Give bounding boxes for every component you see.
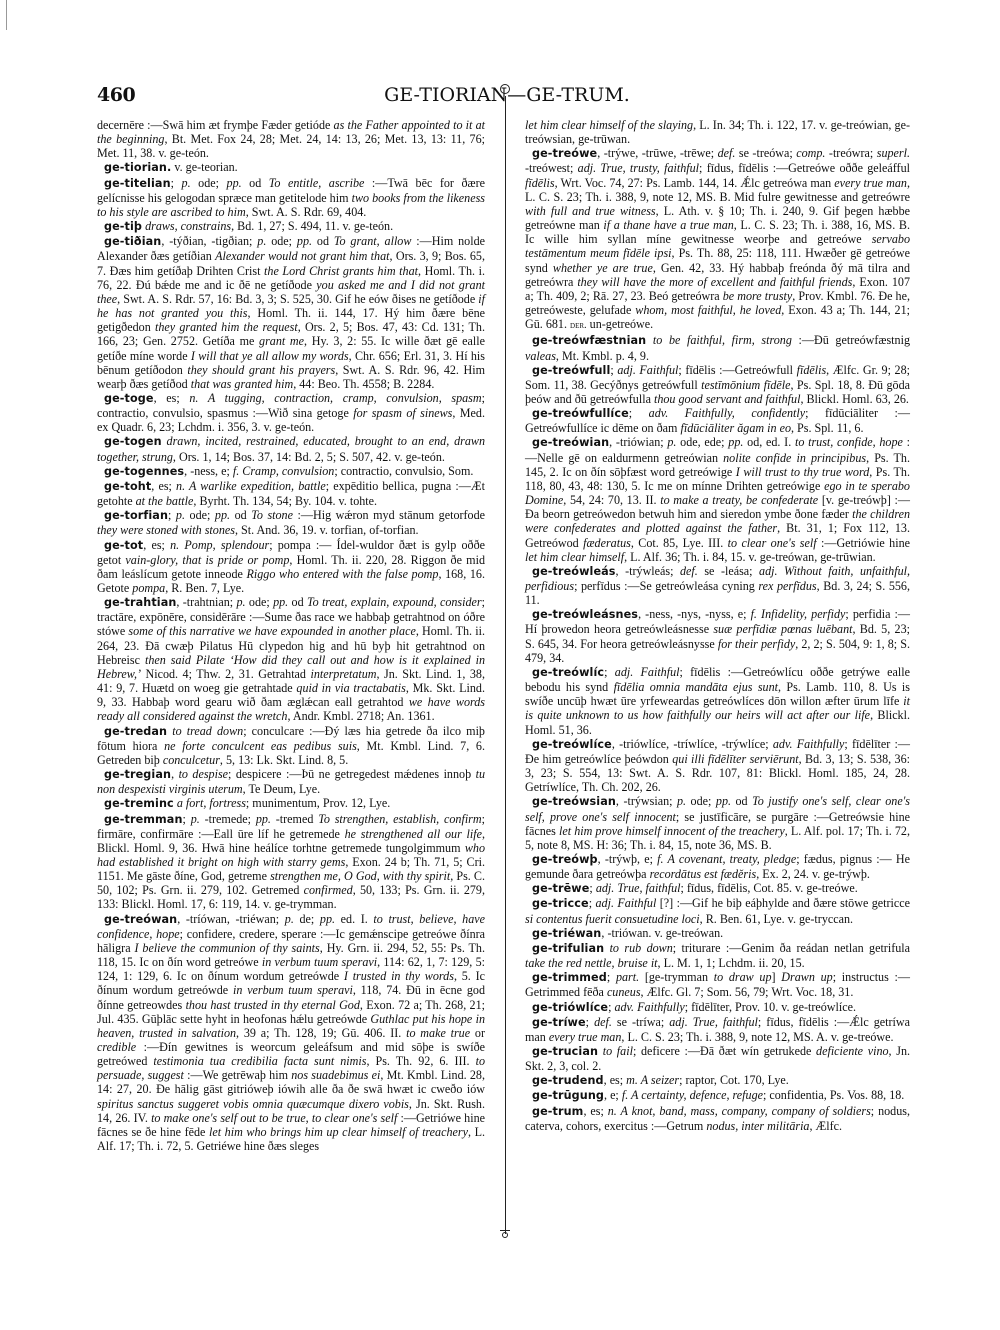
gloss-italic: to make one's self out to be true, to cl… [151,1111,397,1125]
gloss-italic: let him who brings him up clear himself … [209,1125,468,1139]
gloss-italic: p. [182,176,191,190]
entry-text: , R. Ben. 61, Lye. v. ge-tryccan. [700,912,853,926]
entry-continuation: decernēre :—Swā him æt frymþe Fæder geti… [97,118,485,160]
dictionary-entry: ge-treówleás, -trýwleás; def. se -leása;… [525,564,910,607]
gloss-italic: every true man [834,176,907,190]
gloss-italic: that was granted him [191,377,293,391]
entry-text: ] [772,970,782,984]
gloss-italic: pp. [716,794,731,808]
gloss-italic: To strengthen, establish, confirm [318,812,481,826]
gloss-italic: vain-glory, that is pride or pomp [125,553,289,567]
dictionary-entry: ge-treówlíc; adj. Faithful; fīdēlis :—Ge… [525,665,910,737]
gloss-italic: adj. True, faithful [596,881,681,895]
dictionary-entry: ge-tiorian. v. ge-teorian. [97,160,485,175]
entry-text: , L. C. S. 23; Th. i. 388, 9, note 12, M… [621,1030,893,1044]
dictionary-entry: ge-togen drawn, incited, restrained, edu… [97,434,485,463]
gloss-italic: valeas [525,349,556,363]
gloss-italic: pp. [297,234,312,248]
entry-text: -tremed [271,812,318,826]
gloss-italic: I trusted in thy words [344,969,454,983]
headword: ge-tremman [104,813,183,826]
headword: ge-tregian [104,768,171,781]
entry-text: , -triówian; [609,435,667,449]
gloss-italic: f. A certainty, defence, refuge [622,1088,763,1102]
entry-text: , es; [154,391,190,405]
gloss-italic: deficiente vino [816,1044,889,1058]
entry-text: , 39 a; Th. 128, 19; Gū. 406. II. [236,1026,406,1040]
entry-text: , Bd. 1, 27; S. 494, 11. v. ge-teón. [231,219,393,233]
entry-text: , Andr. Kmbl. 2718; An. 1361. [287,709,434,723]
gloss-italic: fæderatus [583,536,631,550]
gloss-italic: nos suadebimus ei [291,1068,380,1082]
gloss-italic: def. [718,146,736,160]
entry-text: , -trýwe, -trūwe, -trēwe; [597,146,717,160]
entry-text: od [312,234,334,248]
dictionary-entry: ge-torfian; p. ode; pp. od To stone :—Hi… [97,508,485,537]
gloss-italic: they should grant his prayers [187,363,335,377]
gloss-italic: fīdēlis [797,363,827,377]
headword: ge-treówian [532,436,609,449]
entry-text: ode; [185,508,215,522]
dictionary-entry: ge-tricce; adj. Faithful [?] :—Gif he bi… [525,896,910,925]
entry-text: ; fīdus, fīdēlis :—Getreówe oððe geleáff… [699,161,910,175]
dictionary-entry: ge-treówan, -tríówan, -triéwan; p. de; p… [97,912,485,1154]
entry-text: , Ælfc. Gl. 7; Som. 56, 79; Wrt. Voc. 18… [641,985,854,999]
gloss-italic: superl. [877,146,910,160]
gloss-italic: interpretatum [310,667,376,681]
gloss-italic: adj. True, trusty, faithful [578,161,699,175]
column-divider-top-ornament [500,84,510,94]
headword: ge-trahtian [104,596,176,609]
gloss-italic: Drawn up [781,970,832,984]
entry-text: ; [586,1015,594,1029]
entry-text: , -trahtnian; [176,595,236,609]
entry-text: :—Ðū getreówfæstnig [792,333,910,347]
entry-text: v. ge-teorian. [171,160,237,174]
entry-text: -treówest; [525,161,578,175]
entry-text: de; [294,912,320,926]
gloss-italic: to make true [406,1026,470,1040]
entry-text: ode; [686,794,716,808]
gloss-italic: p. [257,234,266,248]
dictionary-entry: ge-trucian to fail; deficere :—Ðā ðæt wí… [525,1044,910,1073]
gloss-italic: pp. [227,176,242,190]
headword: ge-trudend [532,1074,604,1087]
gloss-italic: pompa [132,581,165,595]
gloss-italic: I believe the communion of thy saints [134,941,319,955]
gloss-italic: adj. Faithful [615,665,680,679]
entry-text: [?] :—Gif he biþ eáþhylde and ðære stōwe… [656,896,910,910]
dictionary-entry: ge-trimmed; part. [ge-trymman to draw up… [525,970,910,999]
headword: ge-tiorian. [104,161,171,174]
gloss-italic: f. Cramp, convulsion [233,464,334,478]
entry-text: , -triówan. v. ge-treówan. [601,926,723,940]
headword: ge-treówleás [532,565,616,578]
gloss-italic: testīmōnium fīdēle [701,378,790,392]
gloss-italic: with full and true witness [525,204,656,218]
entry-text: , Mt. Kmbl. p. 4, 9. [556,349,649,363]
headword: ge-treówan [104,913,177,926]
gloss-italic: suæ perfīdiæ pœnas luēbant [713,622,852,636]
entry-text: , e; [604,1088,622,1102]
entry-text: , es; [143,538,170,552]
dictionary-entry: ge-triówlíce; adv. Faithfully; fīdēlīter… [525,1000,910,1015]
gloss-italic: Alexander would not grant him that [215,249,389,263]
entry-text: od, ed. I. [743,435,795,449]
entry-text: , [171,767,179,781]
gloss-italic: qui illi fīdēlīter serviērunt [672,752,798,766]
entry-text: ; deficere :—Ðā ðæt wín getrukede [633,1044,816,1058]
gloss-italic: part. [616,970,639,984]
entry-text: ; [168,508,176,522]
dictionary-entry: ge-tríwe; def. se -tríwa; adj. True, fai… [525,1015,910,1044]
dictionary-entry: ge-treówfullíce; adv. Faithfully, confid… [525,406,910,435]
gloss-italic: whom, most faithful, he loved [635,303,781,317]
dictionary-entry: ge-treówfull; adj. Faithful; fīdēlis :—G… [525,363,910,406]
entry-text: ; triturare :—Genim ða reádan netlan get… [673,941,910,955]
gloss-italic: pp. [256,812,271,826]
gloss-italic: f. A covenant, treaty, pledge [657,852,796,866]
gloss-italic: n. A tugging, contraction, cramp, convul… [189,391,481,405]
headword: ge-trūgung [532,1089,604,1102]
entry-text: ; [183,812,191,826]
entry-text: , 44: Beo. Th. 4558; B. 2284. [293,377,434,391]
dictionary-entry: ge-treówfæstnian to be faithful, firm, s… [525,333,910,362]
headword: ge-tricce [532,897,589,910]
gloss-italic: they granted him the request [155,320,298,334]
gloss-italic: quid in via tractabatis [296,681,405,695]
gloss-italic: draws, constrains [145,219,231,233]
dictionary-entry: ge-tregian, to despise; despicere :—Þū n… [97,767,485,796]
entry-text: , L. M. 1, 1; Lchdm. ii. 20, 15. [658,956,805,970]
entry-text: ; fīdēlis :—Getreówfull [678,363,796,377]
headword: ge-treówfull [532,364,610,377]
entry-text: , Cot. 85, Lye. III. [631,536,728,550]
gloss-italic: to despise [179,767,228,781]
entry-text: , L. Alf. 36; Th. i. 84, 15. v. ge-treów… [624,550,876,564]
entry-text: or [470,1026,485,1040]
gloss-italic: pp. [320,912,335,926]
headword: ge-tiðian [104,235,161,248]
entry-text: , 5, 13: Lk. Skt. Lind. 8, 5. [220,753,348,767]
dictionary-entry: ge-treówsian, -trýwsian; p. ode; pp. od … [525,794,910,852]
gloss-italic: adj. Faithful [617,363,678,377]
headword: ge-triéwan [532,927,601,940]
headword: ge-triówlíce [532,1001,608,1014]
entry-text: , Ælfc. [809,1119,842,1133]
gloss-italic: p. [285,912,294,926]
gloss-italic: m. A seizer [626,1073,679,1087]
gloss-italic: to make a treaty, be confederate [660,493,818,507]
gloss-italic: cuneus [607,985,641,999]
left-column: decernēre :—Swā him æt frymþe Fæder geti… [97,118,485,1153]
gloss-italic: thou hast trusted in thy eternal God [186,998,360,1012]
gloss-italic: adj. Faithful [595,896,656,910]
headword: ge-toge [104,392,154,405]
entry-text: od [731,794,752,808]
gloss-italic: rex perfīdus [758,579,816,593]
entry-text: , Ps. Spl. 11, 6. [791,421,863,435]
gloss-italic: def. [680,564,698,578]
entry-text: se -treówa; [735,146,796,160]
dictionary-entry: ge-togennes, -ness, e; f. Cramp, convuls… [97,464,485,479]
gloss-italic: comp. [796,146,825,160]
entry-text: ; munimentum, Prov. 12, Lye. [246,796,390,810]
entry-text: , Ps. Th. 92, 6. III. [366,1054,475,1068]
gloss-italic: grant me [259,334,304,348]
gloss-italic: a fort, fortress [177,796,246,810]
entry-text: od [242,176,269,190]
dictionary-entry: ge-treówþ, -trýwþ, e; f. A covenant, tre… [525,852,910,881]
entry-text: ; [604,665,615,679]
entry-text: se -leása; [698,564,759,578]
entry-text: , es; [583,1104,607,1118]
gloss-italic: To treat, explain, expound, consider [307,595,482,609]
dictionary-entry: ge-trahtian, -trahtnian; p. ode; pp. od … [97,595,485,723]
entry-text: , -trýwþ, e; [598,852,658,866]
entry-text: [ge-trymman [639,970,714,984]
gloss-italic: let him clear himself of the slaying [525,118,693,132]
gloss-italic: whether ye are true [553,261,653,275]
gloss-italic: def. [594,1015,612,1029]
gloss-italic: every true man [549,1030,622,1044]
dictionary-entry: ge-treówe, -trýwe, -trūwe, -trēwe; def. … [525,146,910,333]
dictionary-entry: ge-treówian, -triówian; p. ode, ede; pp.… [525,435,910,563]
dictionary-entry: ge-treówlíce, -triówlíce, -tríwlíce, -tr… [525,737,910,795]
headword: ge-treówleásnes [532,608,638,621]
entry-text: , Swt. A. S. Rdr. 57, 16: Bd. 3, 3; S. 5… [117,292,478,306]
dictionary-entry: ge-trudend, es; m. A seizer; raptor, Cot… [525,1073,910,1088]
dictionary-entry: ge-treminc a fort, fortress; munimentum,… [97,796,485,811]
headword: ge-trum [532,1105,583,1118]
gloss-italic: confirmed [304,883,353,897]
gloss-italic: some of this narrative we have expounded… [128,624,415,638]
gloss-italic: he strengthened all our life [345,827,482,841]
dictionary-entry: ge-trēwe; adj. True, faithful; fīdus, fī… [525,881,910,896]
gloss-italic: they will have the more of excellent and… [577,275,852,289]
headword: ge-tiþ [104,220,142,233]
entry-text: ; fīdēlīter, Prov. 10. v. ge-treówlíce. [685,1000,856,1014]
entry-text: , -tríówan, -triéwan; [177,912,285,926]
entry-text: , -týðian, -tigðian; [161,234,257,248]
gloss-italic: to rub down [610,941,673,955]
headword: ge-treówfullíce [532,407,629,420]
entry-text: , es; [151,479,176,493]
dictionary-entry: ge-toge, es; n. A tugging, contraction, … [97,391,485,434]
gloss-italic: to be faithful, firm, strong [653,333,792,347]
gloss-italic: adv. Faithfully [773,737,845,751]
entry-text: ; perfīdus :—Se getreówleása cyning [574,579,758,593]
entry-text: decernēre :—Swā him æt frymþe Fæder geti… [97,118,334,132]
entry-text: , R. Ben. 7, Lye. [165,581,244,595]
gloss-italic: pp. [728,435,743,449]
entry-text: :—Hig wǽron myd stānum getorfode [293,508,485,522]
gloss-italic: adj. True, faithful [669,1015,758,1029]
entry-text: :—We getrēwaþ him [184,1068,291,1082]
entry-text: , Ex. 2, 24. v. ge-trýwþ. [756,867,870,881]
entry-text [646,333,653,347]
entry-text: ode; [266,234,297,248]
gloss-italic: nolite confide in principibus [723,451,866,465]
headword: ge-togennes [104,465,184,478]
headword: ge-treówsian [532,795,616,808]
dictionary-entry: ge-tot, es; n. Pomp, splendour; pompa :—… [97,538,485,596]
entry-text: , -ness, e; [184,464,233,478]
column-divider [505,96,506,1234]
entry-text: ; fīdus, fīdēlis, Cot. 85. v. ge-treówe. [680,881,857,895]
gloss-italic: To grant, allow [334,234,412,248]
gloss-italic: credible [97,1040,136,1054]
dictionary-entry: ge-toht, es; n. A warlike expedition, ba… [97,479,485,508]
entry-text: , Blickl. Homl. 63, 26. [800,392,909,406]
gloss-italic: spiritus sanctus suggeret vobis omnia qu… [97,1097,409,1111]
gloss-italic: strengthen me, O God, with thy spirit [270,869,450,883]
gloss-italic: to tread down [172,724,243,738]
gloss-italic: if a thane have a true man [603,218,733,232]
scan-edge-mark [6,0,7,30]
entry-text: ode; [246,595,274,609]
entry-text: -treówra; [825,146,876,160]
entry-text: od [230,508,251,522]
gloss-italic: be more trusty [723,289,793,303]
headword: ge-titelian [104,177,171,190]
entry-text: , Wrt. Voc. 74, 27: Ps. Lamb. 144, 14. Ǽ… [555,176,835,190]
dictionary-entry: ge-triéwan, -triówan. v. ge-treówan. [525,926,910,941]
entry-text: , es; [604,1073,627,1087]
entry-text: , -trýwleás; [616,564,680,578]
headword: ge-togen [104,435,162,448]
entry-text: ; confidentia, Ps. Vos. 88, 18. [763,1088,904,1102]
gloss-italic: fīdūciāliter ăgam in eo [680,421,791,435]
headword: ge-treówlíce [532,738,612,751]
column-divider-bottom-ornament [500,1230,510,1238]
headword: ge-trucian [532,1045,598,1058]
gloss-italic: at the battle [136,494,194,508]
entry-text: , Ors. 1, 14; Bos. 37, 14: Bd. 2, 5; S. … [173,450,445,464]
gloss-italic: I will that ye all allow my words [191,349,349,363]
headword: ge-treówe [532,147,597,160]
gloss-italic: take the red nettle, bruise it [525,956,658,970]
gloss-italic: n. A knot, band, mass, company, company … [608,1104,871,1118]
entry-continuation: let him clear himself of the slaying, L.… [525,118,910,146]
headword: ge-trifulian [532,942,604,955]
entry-text: ; [607,970,616,984]
gloss-italic: in verbum tuum speravi [262,955,377,969]
gloss-italic: testimonia tua credibilia facta sunt nim… [153,1054,366,1068]
gloss-italic: To entitle, ascribe [269,176,365,190]
dictionary-entry: ge-tiþ draws, constrains, Bd. 1, 27; S. … [97,219,485,234]
gloss-italic: p. [236,595,245,609]
entry-text: ode, ede; [676,435,728,449]
gloss-italic: to fail [603,1044,633,1058]
gloss-italic: they were stoned with stones [97,523,235,537]
gloss-italic: fīdēlis [525,176,555,190]
dictionary-entry: ge-treówleásnes, -ness, -nys, -nyss, e; … [525,607,910,665]
gloss-italic: fīdēlia omnia mandāta ejus sunt [614,680,778,694]
gloss-italic: let him prove himself innocent of the tr… [559,824,785,838]
entry-text: Nicod. 4; Thw. 2, 31. Getrahtad [141,667,310,681]
right-column: let him clear himself of the slaying, L.… [525,118,910,1133]
headword: ge-trēwe [532,882,589,895]
entry-text: ; despicere :—Þū ne getregedest mǽdenes … [228,767,476,781]
headword: ge-treówlíc [532,666,604,679]
entry-text: od [288,595,307,609]
small-caps-label: der. [570,320,587,331]
gloss-italic: n. Pomp, splendour [170,538,269,552]
entry-text: ; contractio, convulsio, Som. [334,464,473,478]
dictionary-entry: ge-titelian; p. ode; pp. od To entitle, … [97,176,485,219]
headword: ge-treminc [104,797,174,810]
gloss-italic: nodus, inter militāria [706,1119,809,1133]
entry-text: ode; [191,176,227,190]
gloss-italic: the Lord Christ grants him that [264,264,418,278]
dictionary-entry: ge-trum, es; n. A knot, band, mass, comp… [525,1104,910,1133]
entry-text: ed. I. [335,912,373,926]
entry-text: , -ness, -nys, -nyss, e; [638,607,751,621]
gloss-italic: for spasm of sinews [353,406,452,420]
headword: ge-toht [104,480,151,493]
gloss-italic: p. [677,794,686,808]
gloss-italic: to trust, confide, hope [795,435,903,449]
gloss-italic: let him clear himself [525,550,624,564]
gloss-italic: pp. [215,508,230,522]
gloss-italic: p. [176,508,185,522]
entry-text: , -triówlíce, -tríwlíce, -trýwlíce; [612,737,773,751]
entry-text: , Byrht. Th. 134, 54; By. 104. v. tohte. [193,494,377,508]
gloss-italic: adv. Faithfully [614,1000,684,1014]
gloss-italic: to clear one's self [728,536,817,550]
entry-text: un-getreówe. [587,317,654,331]
gloss-italic: Riggo who entered with the false pomp [247,567,439,581]
entry-text: ; [629,406,649,420]
entry-text: , Swt. A. S. Rdr. 69, 404. [246,205,367,219]
gloss-italic: To stone [251,508,293,522]
entry-text: ; raptor, Cot. 170, Lye. [679,1073,789,1087]
headword: ge-tríwe [532,1016,586,1029]
gloss-italic: I will trust to thy true word [736,465,869,479]
gloss-italic: adv. Faithfully, confidently [649,406,805,420]
gloss-italic: f. Infidelity, perfidy [751,607,846,621]
entry-text: ; [171,176,182,190]
entry-text: , Te Deum, Lye. [243,782,321,796]
gloss-italic: for their perfidy [718,637,795,651]
gloss-italic: thou good servant and faithful [654,392,800,406]
gloss-italic: pp. [273,595,288,609]
gloss-italic: p. [191,812,200,826]
headword: ge-trimmed [532,971,607,984]
dictionary-entry: ge-trifulian to rub down; triturare :—Ge… [525,941,910,970]
dictionary-entry: ge-tredan to tread down; conculcare :—Ðý… [97,724,485,767]
entry-text: se -tríwa; [612,1015,669,1029]
entry-text: , St. And. 36, 19. v. torfian, of-torfia… [235,523,419,537]
gloss-italic: to draw up [714,970,772,984]
gloss-italic: conculcetur [163,753,220,767]
dictionary-entry: ge-tremman; p. -tremede; pp. -tremed To … [97,812,485,912]
gloss-italic: recordātus est fæděris [650,867,757,881]
headword: ge-tredan [104,725,167,738]
headword: ge-treówfæstnian [532,334,646,347]
dictionary-entry: ge-tiðian, -týðian, -tigðian; p. ode; pp… [97,234,485,391]
gloss-italic: n. A warlike expedition, battle [176,479,326,493]
entry-text: -tremede; [200,812,256,826]
headword: ge-torfian [104,509,168,522]
gloss-italic: in verbum tuum speravi [233,983,353,997]
gloss-italic: ne forte conculcent eas pedibus suis [164,739,357,753]
gloss-italic: si contentus fuerit consuetudine loci [525,912,700,926]
entry-text: , 54, 24: 70, 13. II. [563,493,660,507]
headword: ge-treówþ [532,853,598,866]
entry-text: , -trýwsian; [616,794,677,808]
